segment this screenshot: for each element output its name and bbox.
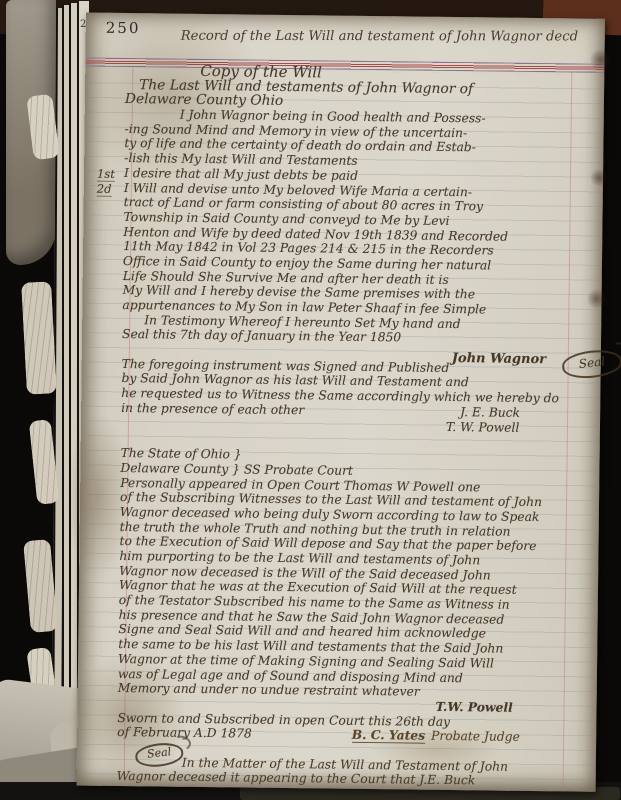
ledger-page: 250 Record of the Last Will and testamen… [77, 13, 605, 792]
will-preamble: I John Wagnor being in Good health and P… [124, 107, 571, 171]
item-marker: 1st [97, 166, 115, 181]
judge-title: Probate Judge [431, 729, 520, 745]
probate-witness-signature: T.W. Powell [435, 700, 563, 716]
testator-signature-row: John Wagnor Seal [452, 346, 568, 362]
handwritten-body: Copy of the Will The Last Will and testa… [117, 63, 572, 789]
testator-signature: John Wagnor [452, 351, 546, 367]
judge-signature: B. C. Yates [352, 728, 425, 744]
page-number: 250 [106, 19, 141, 37]
will-item-2: 2d I Will and devise unto My beloved Wif… [122, 180, 570, 318]
witness-signature: T. W. Powell [446, 419, 567, 435]
probate-venue: The State of Ohio }Delaware County } SS … [120, 446, 566, 481]
torn-page-tab [21, 281, 57, 394]
witness-signature: J. E. Buck [460, 405, 520, 420]
probate-testimony: Personally appeared in Open Court Thomas… [118, 476, 567, 702]
page-header-title: Record of the Last Will and testament of… [181, 29, 578, 45]
ledger-book-photo: 2 250 Record of the Last Will and testam… [0, 0, 621, 800]
testimony-clause: In Testimony Whereof I hereunto Set My h… [122, 313, 568, 348]
closing-order: In the Matter of the Last Will and Testa… [117, 755, 563, 790]
item-marker: 2d [97, 181, 112, 196]
